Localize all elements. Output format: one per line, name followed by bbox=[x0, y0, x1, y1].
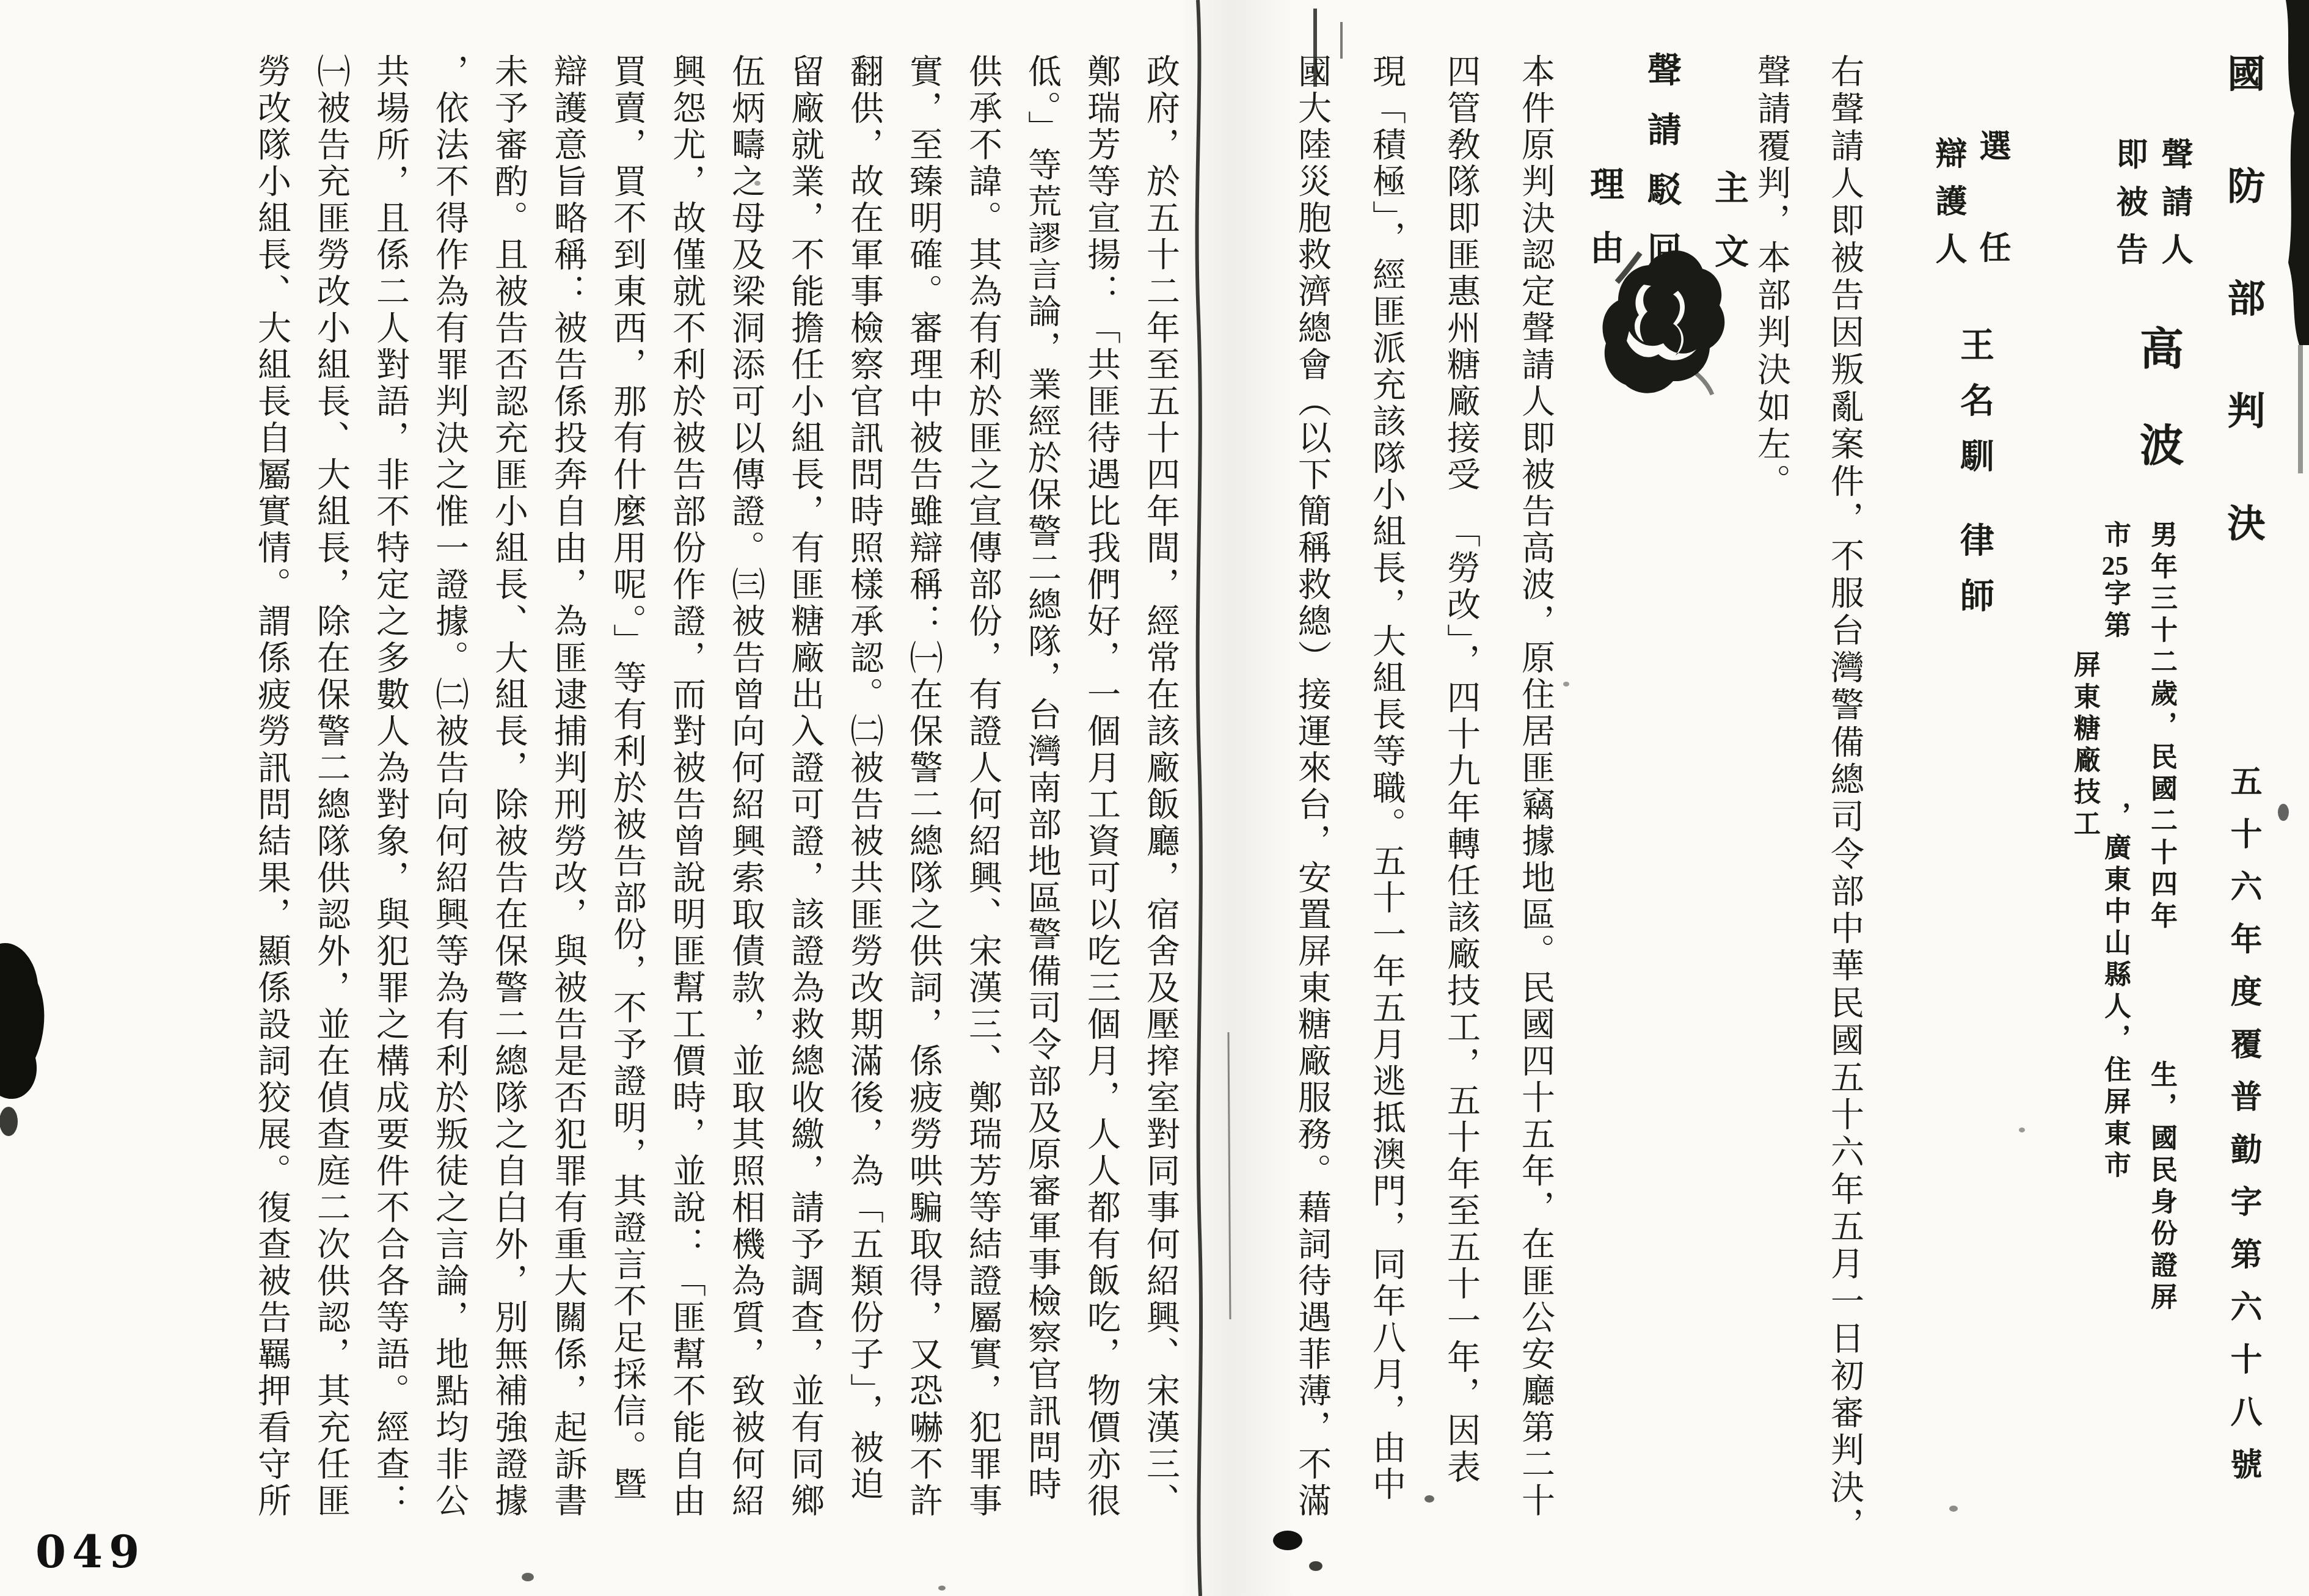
reason-column: 政府，於五十二年至五十四年間，經常在該廠飯廳，宿舍及壓搾室對同事何紹興、宋漢三、 bbox=[1144, 54, 1177, 1520]
details-line2-prefix: 市 bbox=[2100, 520, 2130, 552]
scan-speck bbox=[1309, 1561, 1322, 1571]
counsel-name: 王名馴 bbox=[1957, 327, 1991, 494]
counsel-title: 律師 bbox=[1957, 522, 1991, 633]
reason-column: 供承不諱。其為有利於匪之宣傳部份，有證人何紹興、宋漢三、鄭瑞芳等結證屬實，犯罪事 bbox=[966, 54, 999, 1520]
reason-column: 勞改隊小組長、大組長自屬實情。謂係疲勞訊問結果，顯係設詞狡展。復查被告羈押看守所 bbox=[255, 54, 288, 1520]
page-gutter bbox=[1179, 0, 1295, 1596]
applicant-details-line3: 屏東糖廠技工 bbox=[2071, 650, 2098, 841]
reason-column: 留廠就業，不能擔任小組長，有匪糖廠出入證可證，該證為救總收繳，請予調查，並有同鄉 bbox=[788, 54, 822, 1520]
scanned-judgment-document: 國防部判決五十六年度覆普勭字第六十八號 聲請人 即被告 高波 男年三十二歲，民國… bbox=[0, 0, 2309, 1596]
reason-column: 辯護意旨略稱：被告係投奔自由，為匪逮捕判刑勞改，與被告是否犯罪有重大關係，起訴書 bbox=[551, 54, 585, 1520]
reason-column: 伍炳疇之母及梁洞添可以傳證。㈢被告曾向何紹興索取債款，並取其照相機為質，致被何紹 bbox=[729, 54, 762, 1520]
reason-column: 本件原判決認定聲請人即被告高波，原住居匪竊據地區。民國四十五年，在匪公安廳第二十 bbox=[1519, 54, 1552, 1520]
fold-line bbox=[1197, 0, 1201, 1596]
counsel-role-label: 選任 bbox=[1975, 129, 2007, 332]
reason-column: ，依法不得作為有罪判決之惟一證據。㈡被告向何紹興等為有利於叛徒之言論，地點均非公 bbox=[432, 54, 466, 1520]
fold-line bbox=[1228, 1032, 1230, 1319]
counsel-label: 辯護人 bbox=[1931, 137, 1963, 280]
scan-edge-blotch bbox=[2286, 0, 2309, 345]
case-number: 五十六年度覆普勭字第六十八號 bbox=[2225, 765, 2260, 1500]
scan-speck bbox=[2278, 804, 2289, 821]
preamble-column: 聲請覆判，本部判決如左。 bbox=[1754, 54, 1788, 501]
applicant-details-line1: 男年三十二歲，民國二十四年 生，國民身份證屏 bbox=[2148, 520, 2175, 1314]
scan-edge-blotch bbox=[2298, 345, 2303, 473]
reason-heading: 理由 bbox=[1587, 166, 1621, 293]
title-column: 國防部判決五十六年度覆普勭字第六十八號 bbox=[2223, 54, 2261, 1500]
ink-blot bbox=[0, 943, 44, 1099]
scan-speck bbox=[938, 1586, 946, 1591]
id-number-digits: 25 bbox=[2100, 552, 2130, 579]
scan-speck bbox=[2019, 1128, 2025, 1132]
reason-column: 共場所，且係二人對語，非不特定之多數人為對象，與犯罪之構成要件不合各等語。經查： bbox=[373, 54, 407, 1520]
reason-column: 鄭瑞芳等宣揚：「共匪待遇比我們好，一個月工資可以吃三個月，人人都有飯吃，物價亦很 bbox=[1084, 54, 1118, 1520]
details-line2-suffix: 字第 ，廣東中山縣人，住屏東市 bbox=[2100, 579, 2130, 1182]
reason-column: 低。」等荒謬言論，業經於保警二總隊，台灣南部地區警備司令部及原審軍事檢察官訊問時 bbox=[1025, 54, 1059, 1503]
reason-column: ㈠被告充匪勞改小組長、大組長，除在保警二總隊供認外，並在偵查庭二次供認，其充任匪 bbox=[314, 54, 348, 1520]
reason-column: 國大陸災胞救濟總會（以下簡稱救總）接運來台，安置屏東糖廠服務。藉詞待遇菲薄，不滿 bbox=[1295, 54, 1329, 1520]
reason-column: 未予審酌。且被告否認充匪小組長、大組長，除被告在保警二總隊之自白外，別無補強證據 bbox=[492, 54, 525, 1520]
page-number: 049 bbox=[35, 1526, 145, 1578]
reason-column: 現「積極」，經匪派充該隊小組長，大組長等職。五十一年五月逃抵澳門，同年八月，由中 bbox=[1370, 54, 1403, 1503]
verdict-text: 聲請駁回 bbox=[1644, 52, 1679, 291]
main-text-heading: 主文 bbox=[1712, 170, 1746, 297]
reason-column: 實，至臻明確。審理中被告雖辯稱：㈠在保警二總隊之供詞，係疲勞哄騙取得，又恐嚇不許 bbox=[906, 54, 940, 1520]
scan-speck bbox=[1424, 1495, 1434, 1503]
scan-speck bbox=[1273, 1531, 1302, 1550]
reason-column: 翻供，故在軍事檢察官訊問時照樣承認。㈡被告被共匪勞改期滿後，為「五類份子」，被迫 bbox=[847, 54, 881, 1503]
ink-blot bbox=[0, 1107, 18, 1136]
reason-column: 四管敎隊即匪惠州糖廠接受 「勞改」，四十九年轉任該廠技工，五十年至五十一年，因表 bbox=[1444, 54, 1478, 1486]
scan-speck bbox=[1563, 682, 1569, 687]
page-title: 國防部判決 bbox=[2222, 54, 2263, 616]
reason-column: 興怨尤，故僅就不利於被告部份作證，而對被告曾說明匪幫工價時，並說：「匪幫不能自由 bbox=[669, 54, 703, 1520]
preamble-column: 右聲請人即被告因叛亂案件，不服台灣警備總司令部中華民國五十六年五月一日初審判決， bbox=[1828, 54, 1861, 1544]
scan-speck bbox=[522, 1573, 534, 1581]
applicant-name: 高波 bbox=[2136, 326, 2180, 519]
applicant-details-line2: 市25字第 ，廣東中山縣人，住屏東市 bbox=[2101, 520, 2128, 1182]
applicant-label: 聲請人 bbox=[2158, 137, 2189, 280]
defendant-label: 即被告 bbox=[2112, 137, 2144, 280]
fold-mark bbox=[1340, 22, 1343, 59]
reason-column: 買賣，買不到東西，那有什麼用呢。」等有利於被告部份，不予證明，其證言不足採信。暨 bbox=[610, 54, 644, 1503]
scan-speck bbox=[1949, 1506, 1958, 1512]
